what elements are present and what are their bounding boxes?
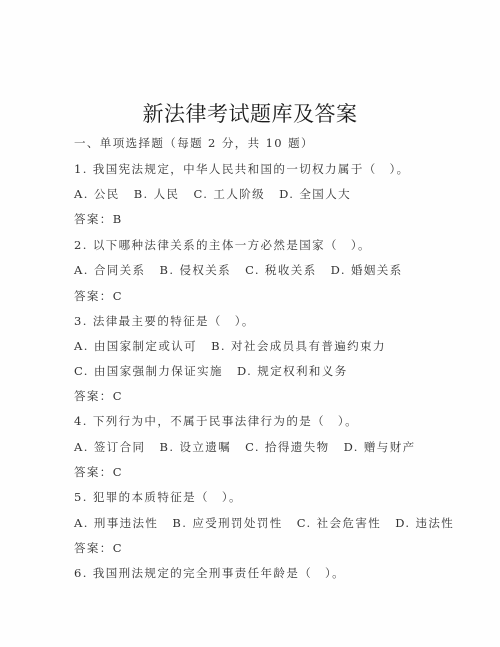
option-b: B. 对社会成员具有普遍约束力 <box>211 339 386 353</box>
option-d: D. 全国人大 <box>279 187 351 201</box>
option-d: D. 规定权利和义务 <box>237 364 348 378</box>
option-a: A. 签订合同 <box>74 440 145 454</box>
question-stem: 6. 我国刑法规定的完全刑事责任年龄是（ ）。 <box>74 566 345 580</box>
option-b: B. 人民 <box>134 187 180 201</box>
section-heading: 一、单项选择题（每题 2 分，共 10 题） <box>74 136 314 150</box>
question-options: A. 合同关系 B. 侵权关系 C. 税收关系 D. 婚姻关系 <box>74 263 403 277</box>
question-stem: 1. 我国宪法规定，中华人民共和国的一切权力属于（ ）。 <box>74 162 410 176</box>
option-b: B. 应受刑罚处罚性 <box>172 516 282 530</box>
question-options: A. 由国家制定或认可 B. 对社会成员具有普遍约束力 <box>74 339 386 353</box>
option-d: D. 婚姻关系 <box>331 263 403 277</box>
question-stem: 4. 下列行为中，不属于民事法律行为的是（ ）。 <box>74 414 358 428</box>
question-options: A. 公民 B. 人民 C. 工人阶级 D. 全国人大 <box>74 187 351 201</box>
option-c: C. 税收关系 <box>245 263 317 277</box>
answer: 答案：C <box>74 389 123 403</box>
answer: 答案：B <box>74 212 123 226</box>
question-stem: 5. 犯罪的本质特征是（ ）。 <box>74 490 242 504</box>
option-b: B. 设立遗嘱 <box>159 440 231 454</box>
option-c: C. 由国家强制力保证实施 <box>74 364 223 378</box>
option-c: C. 社会危害性 <box>297 516 381 530</box>
question-stem: 3. 法律最主要的特征是（ ）。 <box>74 314 255 328</box>
option-c: C. 工人阶级 <box>194 187 266 201</box>
option-c: C. 拾得遗失物 <box>245 440 329 454</box>
option-a: A. 合同关系 <box>74 263 145 277</box>
document-title: 新法律考试题库及答案 <box>0 98 500 128</box>
answer: 答案：C <box>74 465 123 479</box>
option-b: B. 侵权关系 <box>159 263 231 277</box>
question-stem: 2. 以下哪种法律关系的主体一方必然是国家（ ）。 <box>74 238 371 252</box>
question-options: A. 签订合同 B. 设立遗嘱 C. 拾得遗失物 D. 赠与财产 <box>74 440 416 454</box>
option-a: A. 公民 <box>74 187 120 201</box>
option-a: A. 由国家制定或认可 <box>74 339 197 353</box>
answer: 答案：C <box>74 541 123 555</box>
option-d: D. 赠与财产 <box>344 440 416 454</box>
option-a: A. 刑事违法性 <box>74 516 158 530</box>
question-options: C. 由国家强制力保证实施 D. 规定权利和义务 <box>74 364 348 378</box>
answer: 答案：C <box>74 289 123 303</box>
question-options: A. 刑事违法性 B. 应受刑罚处罚性 C. 社会危害性 D. 违法性 <box>74 516 454 530</box>
option-d: D. 违法性 <box>395 516 454 530</box>
